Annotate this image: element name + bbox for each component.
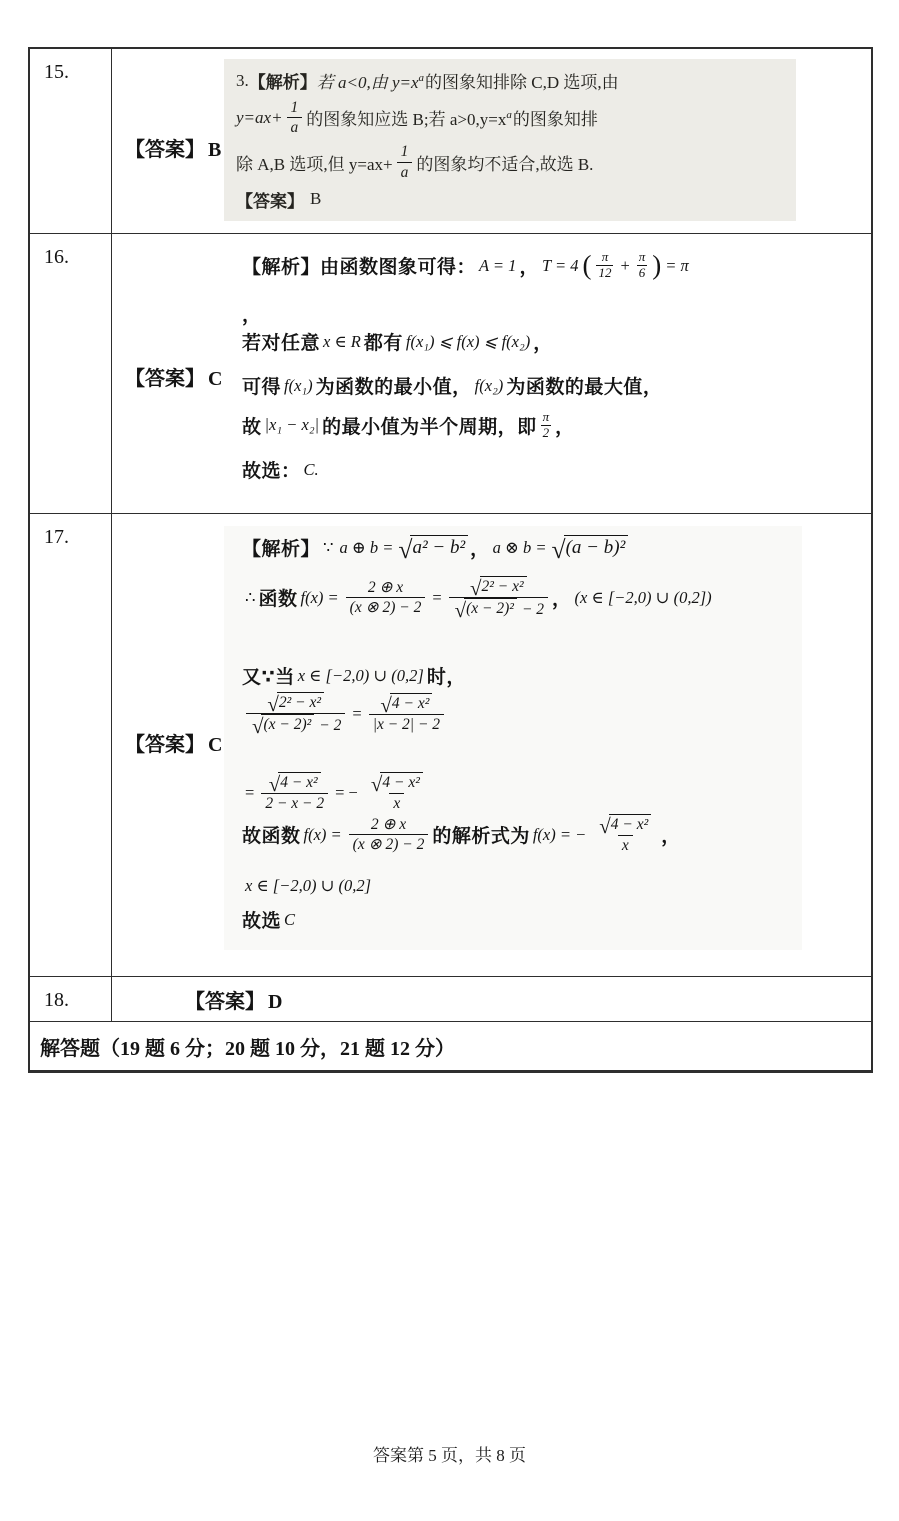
chinese-text: 故选： [242,456,301,483]
chinese-text: 时 [427,662,447,689]
q17-content-cell: 【答案】C 【解析】 ∵ a ⊕ b = √a² − b² ， a ⊗ b = … [112,514,871,977]
comma: ， [446,662,466,689]
q16-content-cell: 【答案】C 【解析】由函数图象可得： A = 1 ， T = 4 ( π12 +… [112,234,871,514]
fraction: 1a [397,142,413,182]
math-text: a ⊕ b = [340,538,394,558]
answer-label: 【答案】 [236,187,304,212]
q18-number: 18. [44,989,69,1011]
fraction: √2² − x² √(x − 2)²− 2 [246,692,345,735]
scan-text: 的图象知排 [513,105,598,130]
math-text: C. [304,460,319,480]
fraction: 2 ⊕ x(x ⊗ 2) − 2 [349,815,429,855]
comma: ， [555,412,575,439]
answer-label: 【答案】 [125,366,205,390]
chinese-text: 都有 [364,328,403,355]
math-text: |x₁ − x₂| [265,415,320,435]
chinese-text: 的解析式为 [432,821,530,848]
fraction: π2 [541,410,552,441]
fraction: π6 [637,250,648,281]
q16-line-5: 故 |x₁ − x₂| 的最小值为半个周期，即 π2 ， [242,410,575,441]
analysis-label: 【解析】 [249,68,317,93]
radical-sign: √ [398,537,412,563]
q15-scan-line-3: 除 A,B 选项,但 y=ax+1a的图象均不适合,故选 B. [236,142,784,182]
radical-sign: √ [252,716,263,737]
math-text: f(x) = [304,825,342,845]
paren-open: ( [582,250,591,281]
math-text: a ⊗ b = [493,538,547,558]
comma: ， [242,300,262,327]
comma: ， [519,252,539,279]
math-text: f(x₂) [475,376,504,396]
fraction: 2 ⊕ x(x ⊗ 2) − 2 [346,578,426,618]
page-number-text: 答案第 5 页，共 8 页 [373,1446,526,1465]
q16-line-1: 【解析】由函数图象可得： A = 1 ， T = 4 ( π12 + π6 ) … [242,250,692,281]
fraction: √4 − x² |x − 2| − 2 [369,693,444,735]
chinese-text: 函数 [259,584,298,611]
math-text: + [620,256,629,276]
comma: ， [552,584,572,611]
q16-number: 16. [44,246,69,268]
q17-line-1: 【解析】 ∵ a ⊕ b = √a² − b² ， a ⊗ b = √(a − … [242,534,630,561]
fraction: π12 [596,250,613,281]
scan-text: 的图象知应选 B;若 a>0,y=x [306,105,506,130]
radical-sign: √ [371,774,382,795]
q17-line-4: √2² − x² √(x − 2)²− 2 = √4 − x² |x − 2| … [242,692,448,735]
fraction: 1a [287,98,303,138]
answer-value: B [310,189,321,209]
radical-sign: √ [267,694,278,715]
scan-text: y=ax+ [236,108,283,128]
q16-line-4: 可得 f(x₁) 为函数的最小值， f(x₂) 为函数的最大值， [242,372,662,399]
q17-number-cell: 17. [30,514,112,977]
q17-line-8: 故选 C [242,906,298,933]
q17-line-5: = √4 − x² 2 − x − 2 = − √4 − x² x [242,772,433,814]
math-text: C [284,910,295,930]
q16-line-3: 若对任意 x ∈ R 都有 f(x₁) ⩽ f(x) ⩽ f(x₂) ， [242,328,553,355]
q18-number-cell: 18. [30,977,112,1022]
fraction: √2² − x² √(x − 2)²− 2 [449,576,548,619]
q18-answer: 【答案】D [185,985,282,1014]
q16-answer: 【答案】C [125,362,222,391]
q18-content-cell: 【答案】D [112,977,871,1022]
section-header-row: 解答题（19 题 6 分；20 题 10 分，21 题 12 分） [30,1022,871,1070]
answer-label: 【答案】 [125,732,205,756]
q17-line-6: 故函数 f(x) = 2 ⊕ x(x ⊗ 2) − 2 的解析式为 f(x) =… [242,814,681,856]
q15-solution-scan-image: 3.【解析】 若 a<0,由 y=xa 的图象知排除 C,D 选项,由 y=ax… [224,59,796,221]
equals-sign: = [245,783,254,803]
chinese-text: 又∵当 [242,662,295,689]
sqrt-expression: √4 − x² [380,693,432,714]
q15-scan-line-4: 【答案】B [236,187,784,212]
q16-line-2: ， [242,300,262,327]
answer-table: 15. 【答案】B 3.【解析】 若 a<0,由 y=xa 的图象知排除 C,D… [28,47,873,1073]
comma: ， [661,821,681,848]
chinese-text: 为函数的最小值， [316,372,472,399]
q15-content-cell: 【答案】B 3.【解析】 若 a<0,由 y=xa 的图象知排除 C,D 选项,… [112,49,871,234]
chinese-text: 故选 [242,906,281,933]
math-text: T = 4 [542,256,579,276]
answer-value: C [208,734,222,756]
radical-sign: √ [269,774,280,795]
section-header-text: 解答题（19 题 6 分；20 题 10 分，21 题 12 分） [40,1032,455,1061]
q15-number-cell: 15. [30,49,112,234]
sqrt-expression: √(a − b)² [552,535,629,561]
q15-number: 15. [44,61,69,83]
sqrt-expression: √(x − 2)² [455,598,517,619]
equals-minus: = − [335,783,358,803]
answer-value: C [208,368,222,390]
sqrt-expression: √(x − 2)² [252,714,314,735]
radical-sign: √ [470,578,481,599]
q17-line-3: 又∵当 x ∈ [−2,0) ∪ (0,2] 时 ， [242,662,466,689]
chinese-text: 若对任意 [242,328,320,355]
radical-sign: √ [552,537,566,563]
equals-sign: = [352,704,361,724]
comma: ， [533,328,553,355]
q17-line-2: ∴ 函数 f(x) = 2 ⊕ x(x ⊗ 2) − 2 = √2² − x² … [242,576,715,619]
chinese-text: 故 [242,412,262,439]
chinese-text: 故函数 [242,821,301,848]
chinese-text: 为函数的最大值， [506,372,662,399]
radical-sign: √ [455,600,466,621]
math-text: (x ∈ [−2,0) ∪ (0,2]) [575,588,712,608]
paren-close: ) [652,250,661,281]
sqrt-expression: √a² − b² [398,535,468,561]
math-text: f(x) = − [533,825,586,845]
math-text: x ∈ [−2,0) ∪ (0,2] [245,876,371,896]
math-text: x ∈ R [323,332,361,352]
answer-value: B [208,139,221,161]
scan-text: 若 a<0,由 y=x [317,68,419,93]
scan-text: 的图象知排除 C,D 选项,由 [425,68,619,93]
sqrt-expression: √4 − x² [599,814,651,835]
sqrt-expression: √2² − x² [470,576,527,597]
page-footer: 答案第 5 页，共 8 页 [0,1441,899,1466]
q15-scan-line-2: y=ax+1a的图象知应选 B;若 a>0,y=xa 的图象知排 [236,98,784,138]
math-text: x ∈ [−2,0) ∪ (0,2] [298,666,424,686]
answer-value: D [268,991,282,1013]
fraction: √4 − x² 2 − x − 2 [261,772,328,814]
math-text: f(x₁) ⩽ f(x) ⩽ f(x₂) [406,332,530,352]
sqrt-expression: √2² − x² [267,692,324,713]
q15-answer: 【答案】B [125,133,221,162]
q16-number-cell: 16. [30,234,112,514]
because-symbol: ∵ [323,538,334,558]
sqrt-expression: √4 − x² [269,772,321,793]
chinese-text: 的最小值为半个周期，即 [322,412,537,439]
q17-line-7: x ∈ [−2,0) ∪ (0,2] [242,876,374,896]
math-text: f(x) = [301,588,339,608]
q16-line-6: 故选： C. [242,456,322,483]
item-prefix: 3. [236,71,249,91]
analysis-label: 【解析】由函数图象可得： [242,252,476,279]
q15-scan-line-1: 3.【解析】 若 a<0,由 y=xa 的图象知排除 C,D 选项,由 [236,68,784,93]
scan-text: 除 A,B 选项,但 y=ax+ [236,150,393,175]
radical-sign: √ [599,816,610,837]
comma: ， [470,534,490,561]
analysis-label: 【解析】 [242,534,320,561]
sqrt-expression: √4 − x² [371,772,423,793]
fraction: √4 − x² x [593,814,657,856]
equals-sign: = [432,588,441,608]
q17-number: 17. [44,526,69,548]
answer-label: 【答案】 [125,137,205,161]
math-text: A = 1 [479,256,516,276]
therefore-symbol: ∴ [245,588,256,608]
math-text: f(x₁) [284,376,313,396]
answer-sheet-page: 15. 【答案】B 3.【解析】 若 a<0,由 y=xa 的图象知排除 C,D… [0,0,899,1521]
answer-label: 【答案】 [185,989,265,1013]
q17-answer: 【答案】C [125,728,222,757]
fraction: √4 − x² x [365,772,429,814]
math-text: = π [665,256,689,276]
scan-text: 的图象均不适合,故选 B. [416,150,593,175]
chinese-text: 可得 [242,372,281,399]
radical-sign: √ [380,695,391,716]
